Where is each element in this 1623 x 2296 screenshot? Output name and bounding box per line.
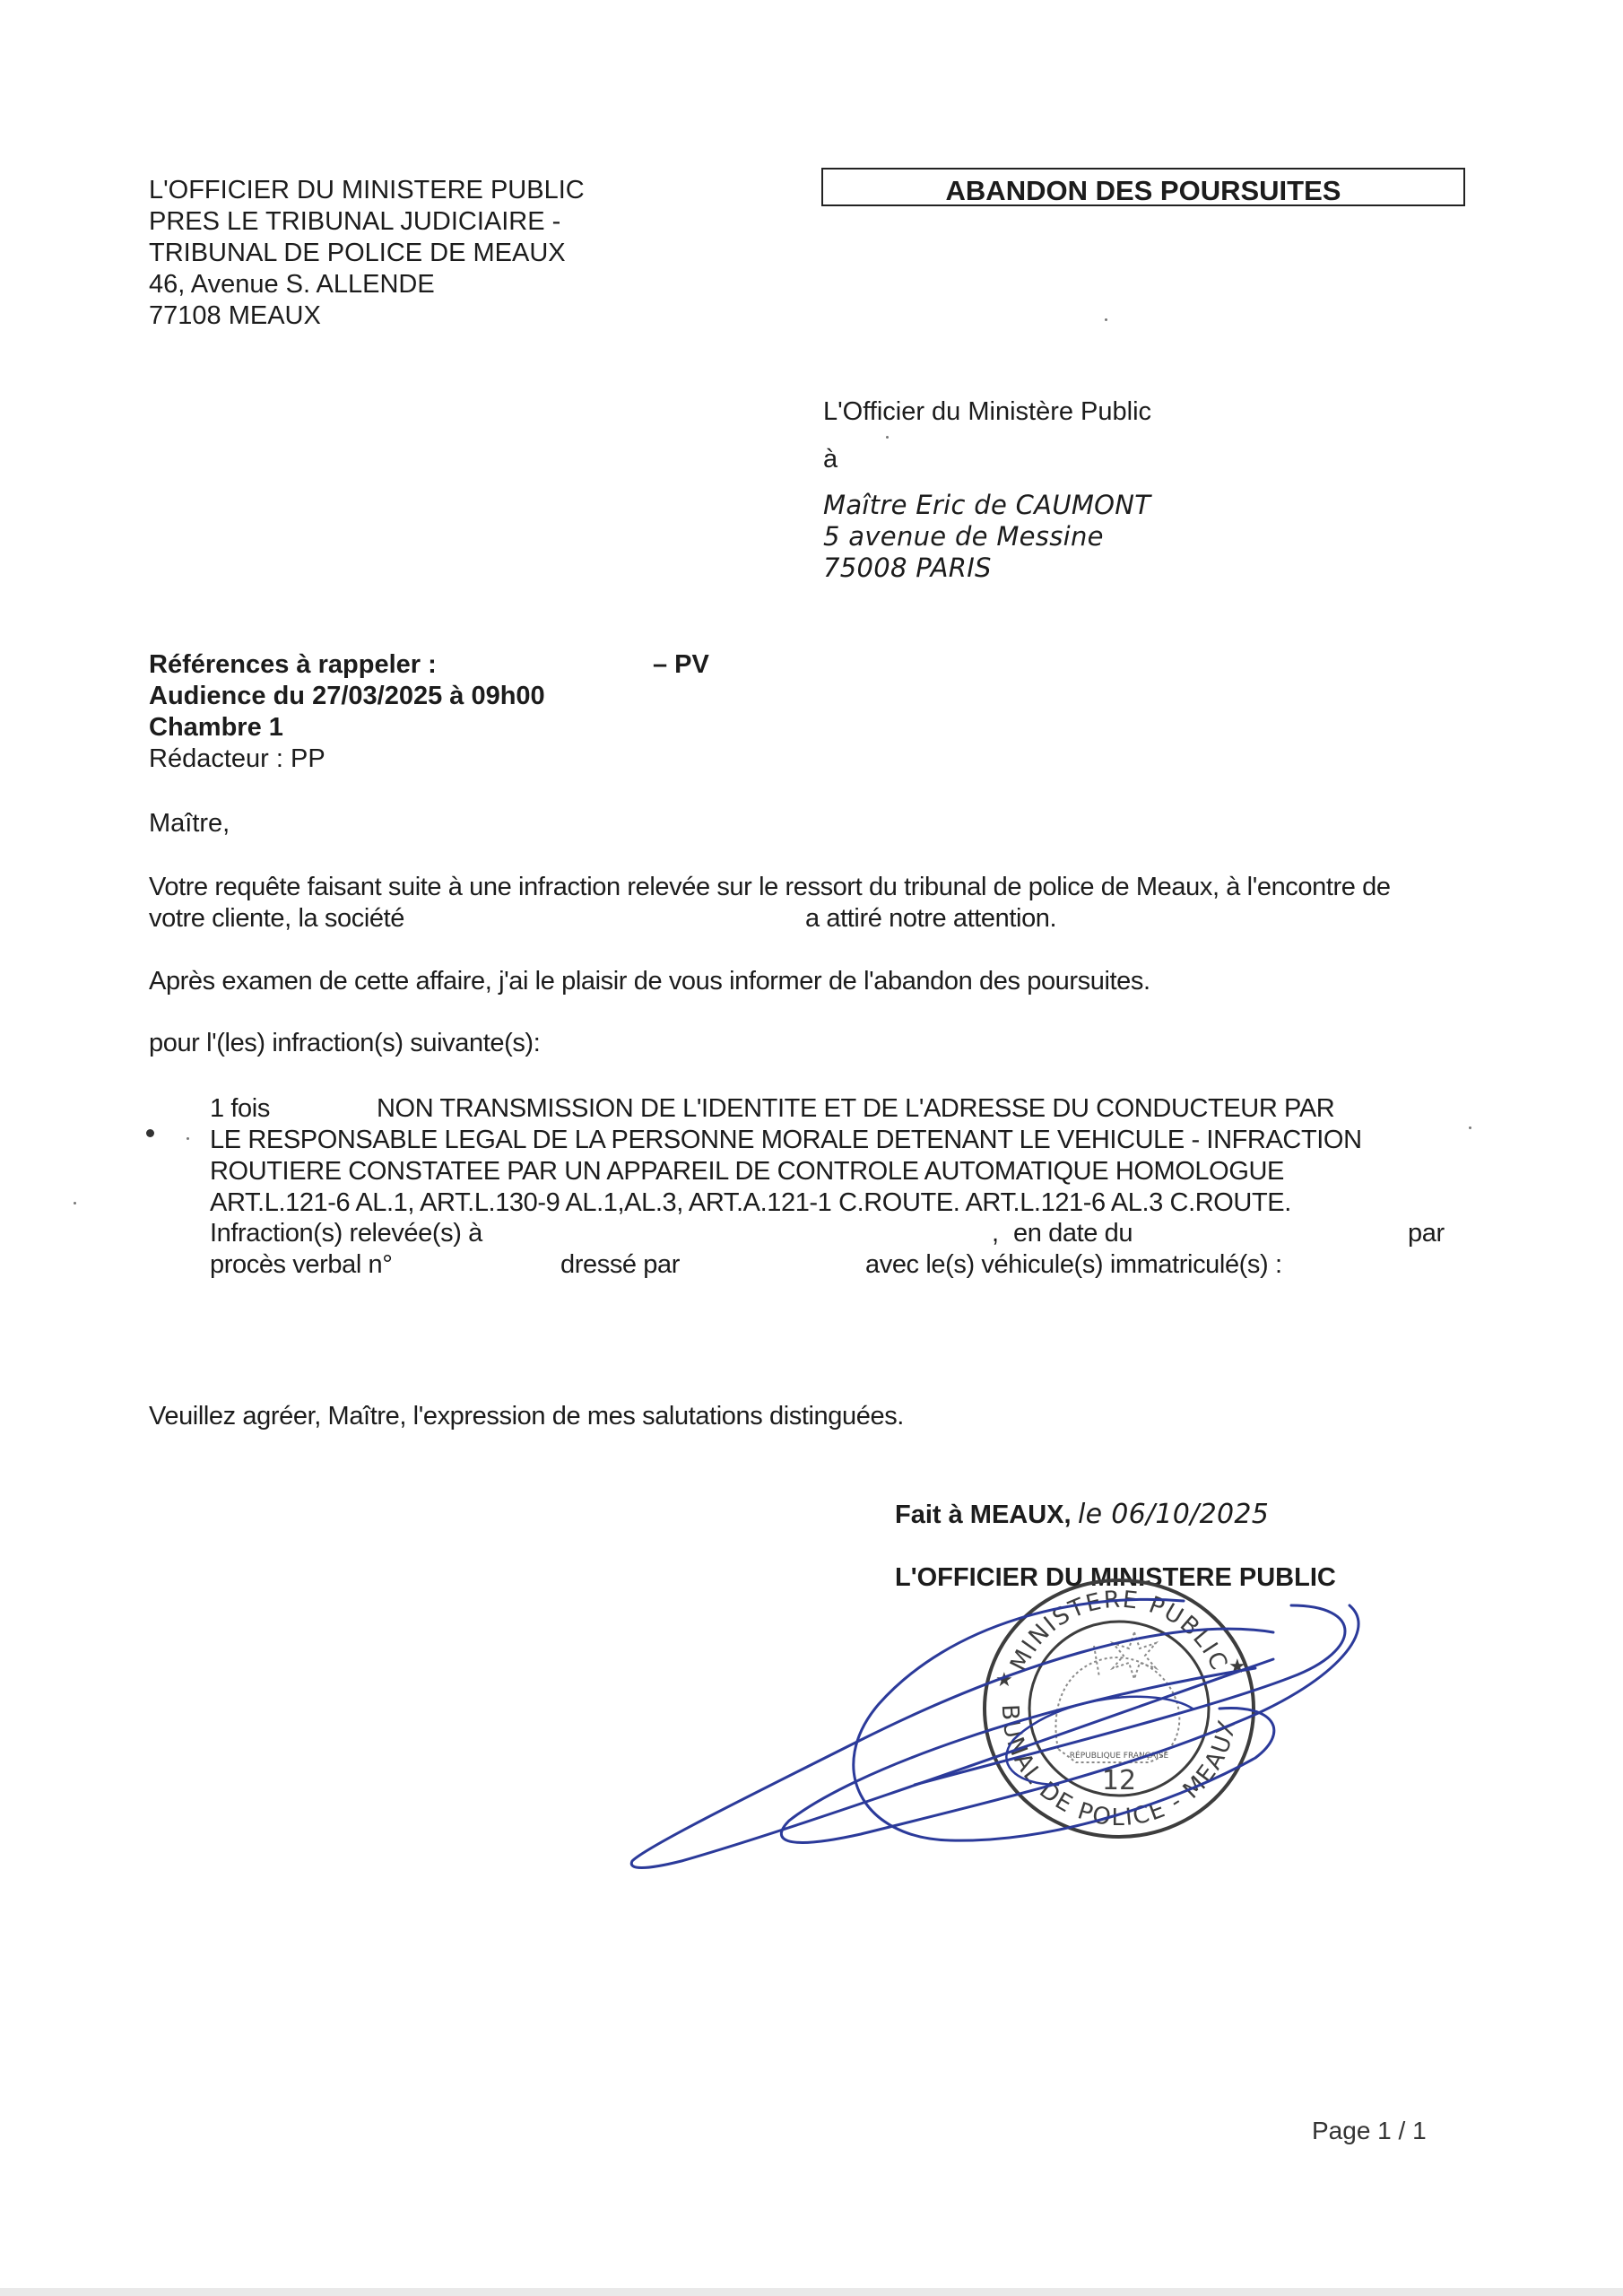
references-pv: – PV — [653, 652, 709, 678]
audience-date: Audience du 27/03/2025 à 09h00 — [149, 683, 545, 709]
paragraph-3: pour l'(les) infraction(s) suivante(s): — [149, 1031, 540, 1057]
infraction-desc-line-1: NON TRANSMISSION DE L'IDENTITE ET DE L'A… — [377, 1096, 1334, 1122]
recipient-to-prefix: à — [823, 447, 838, 473]
handwritten-signature — [631, 1599, 1358, 1867]
infraction-dresse-label: dressé par — [560, 1252, 680, 1278]
svg-text:MINISTERE PUBLIC: MINISTERE PUBLIC — [1005, 1587, 1233, 1676]
sender-line-5: 77108 MEAUX — [149, 303, 321, 329]
paragraph-1-line-2a: votre cliente, la société — [149, 906, 404, 932]
signature-date: le 06/10/2025 — [1078, 1501, 1269, 1528]
infraction-desc-line-2: LE RESPONSABLE LEGAL DE LA PERSONNE MORA… — [210, 1127, 1362, 1153]
infraction-articles: ART.L.121-6 AL.1, ART.L.130-9 AL.1,AL.3,… — [210, 1190, 1291, 1216]
stamp-emblem-icon — [1055, 1632, 1179, 1762]
signatory-title: L'OFFICIER DU MINISTERE PUBLIC — [895, 1565, 1336, 1591]
paragraph-1-line-1: Votre requête faisant suite à une infrac… — [149, 874, 1391, 900]
infraction-comma: , — [992, 1221, 999, 1247]
infraction-pv-label: procès verbal n° — [210, 1252, 392, 1278]
scan-speck — [1469, 1126, 1471, 1129]
infraction-relevee-label: Infraction(s) relevée(s) à — [210, 1221, 482, 1247]
scan-speck — [886, 436, 889, 439]
sender-line-1: L'OFFICIER DU MINISTERE PUBLIC — [149, 178, 585, 204]
redacteur: Rédacteur : PP — [149, 746, 325, 772]
recipient-name: Maître Eric de CAUMONT — [823, 492, 1150, 518]
sender-line-2: PRES LE TRIBUNAL JUDICIAIRE - — [149, 209, 560, 235]
page-number: Page 1 / 1 — [1312, 2118, 1427, 2144]
salutation: Maître, — [149, 811, 230, 837]
svg-text:12: 12 — [1102, 1765, 1136, 1796]
infraction-date-label: en date du — [1013, 1221, 1133, 1247]
svg-text:★: ★ — [1228, 1655, 1246, 1677]
closing-formula: Veuillez agréer, Maître, l'expression de… — [149, 1404, 904, 1430]
infraction-desc-line-3: ROUTIERE CONSTATEE PAR UN APPAREIL DE CO… — [210, 1159, 1284, 1185]
paragraph-2: Après examen de cette affaire, j'ai le p… — [149, 969, 1150, 995]
svg-text:RÉPUBLIQUE FRANÇAISE: RÉPUBLIQUE FRANÇAISE — [1070, 1750, 1169, 1761]
bullet-icon — [146, 1129, 154, 1137]
scan-speck — [74, 1202, 76, 1205]
sender-line-3: TRIBUNAL DE POLICE DE MEAUX — [149, 240, 566, 266]
recipient-from: L'Officier du Ministère Public — [823, 399, 1151, 425]
svg-text:★: ★ — [995, 1668, 1013, 1691]
signature-place: Fait à MEAUX, — [895, 1502, 1072, 1528]
infraction-count: 1 fois — [210, 1096, 270, 1122]
sender-line-4: 46, Avenue S. ALLENDE — [149, 272, 435, 298]
references-label: Références à rappeler : — [149, 652, 437, 678]
chamber: Chambre 1 — [149, 715, 283, 741]
infraction-vehicle-label: avec le(s) véhicule(s) immatriculé(s) : — [865, 1252, 1282, 1278]
paragraph-1-line-2b: a attiré notre attention. — [805, 906, 1056, 932]
scan-speck — [187, 1137, 189, 1140]
scan-speck — [1105, 318, 1107, 321]
scan-edge — [0, 2288, 1623, 2296]
document-title-box: ABANDON DES POURSUITES — [821, 168, 1465, 206]
infraction-par-label: par — [1408, 1221, 1445, 1247]
document-title: ABANDON DES POURSUITES — [823, 175, 1463, 207]
recipient-city: 75008 PARIS — [823, 555, 992, 581]
recipient-street: 5 avenue de Messine — [823, 524, 1104, 550]
